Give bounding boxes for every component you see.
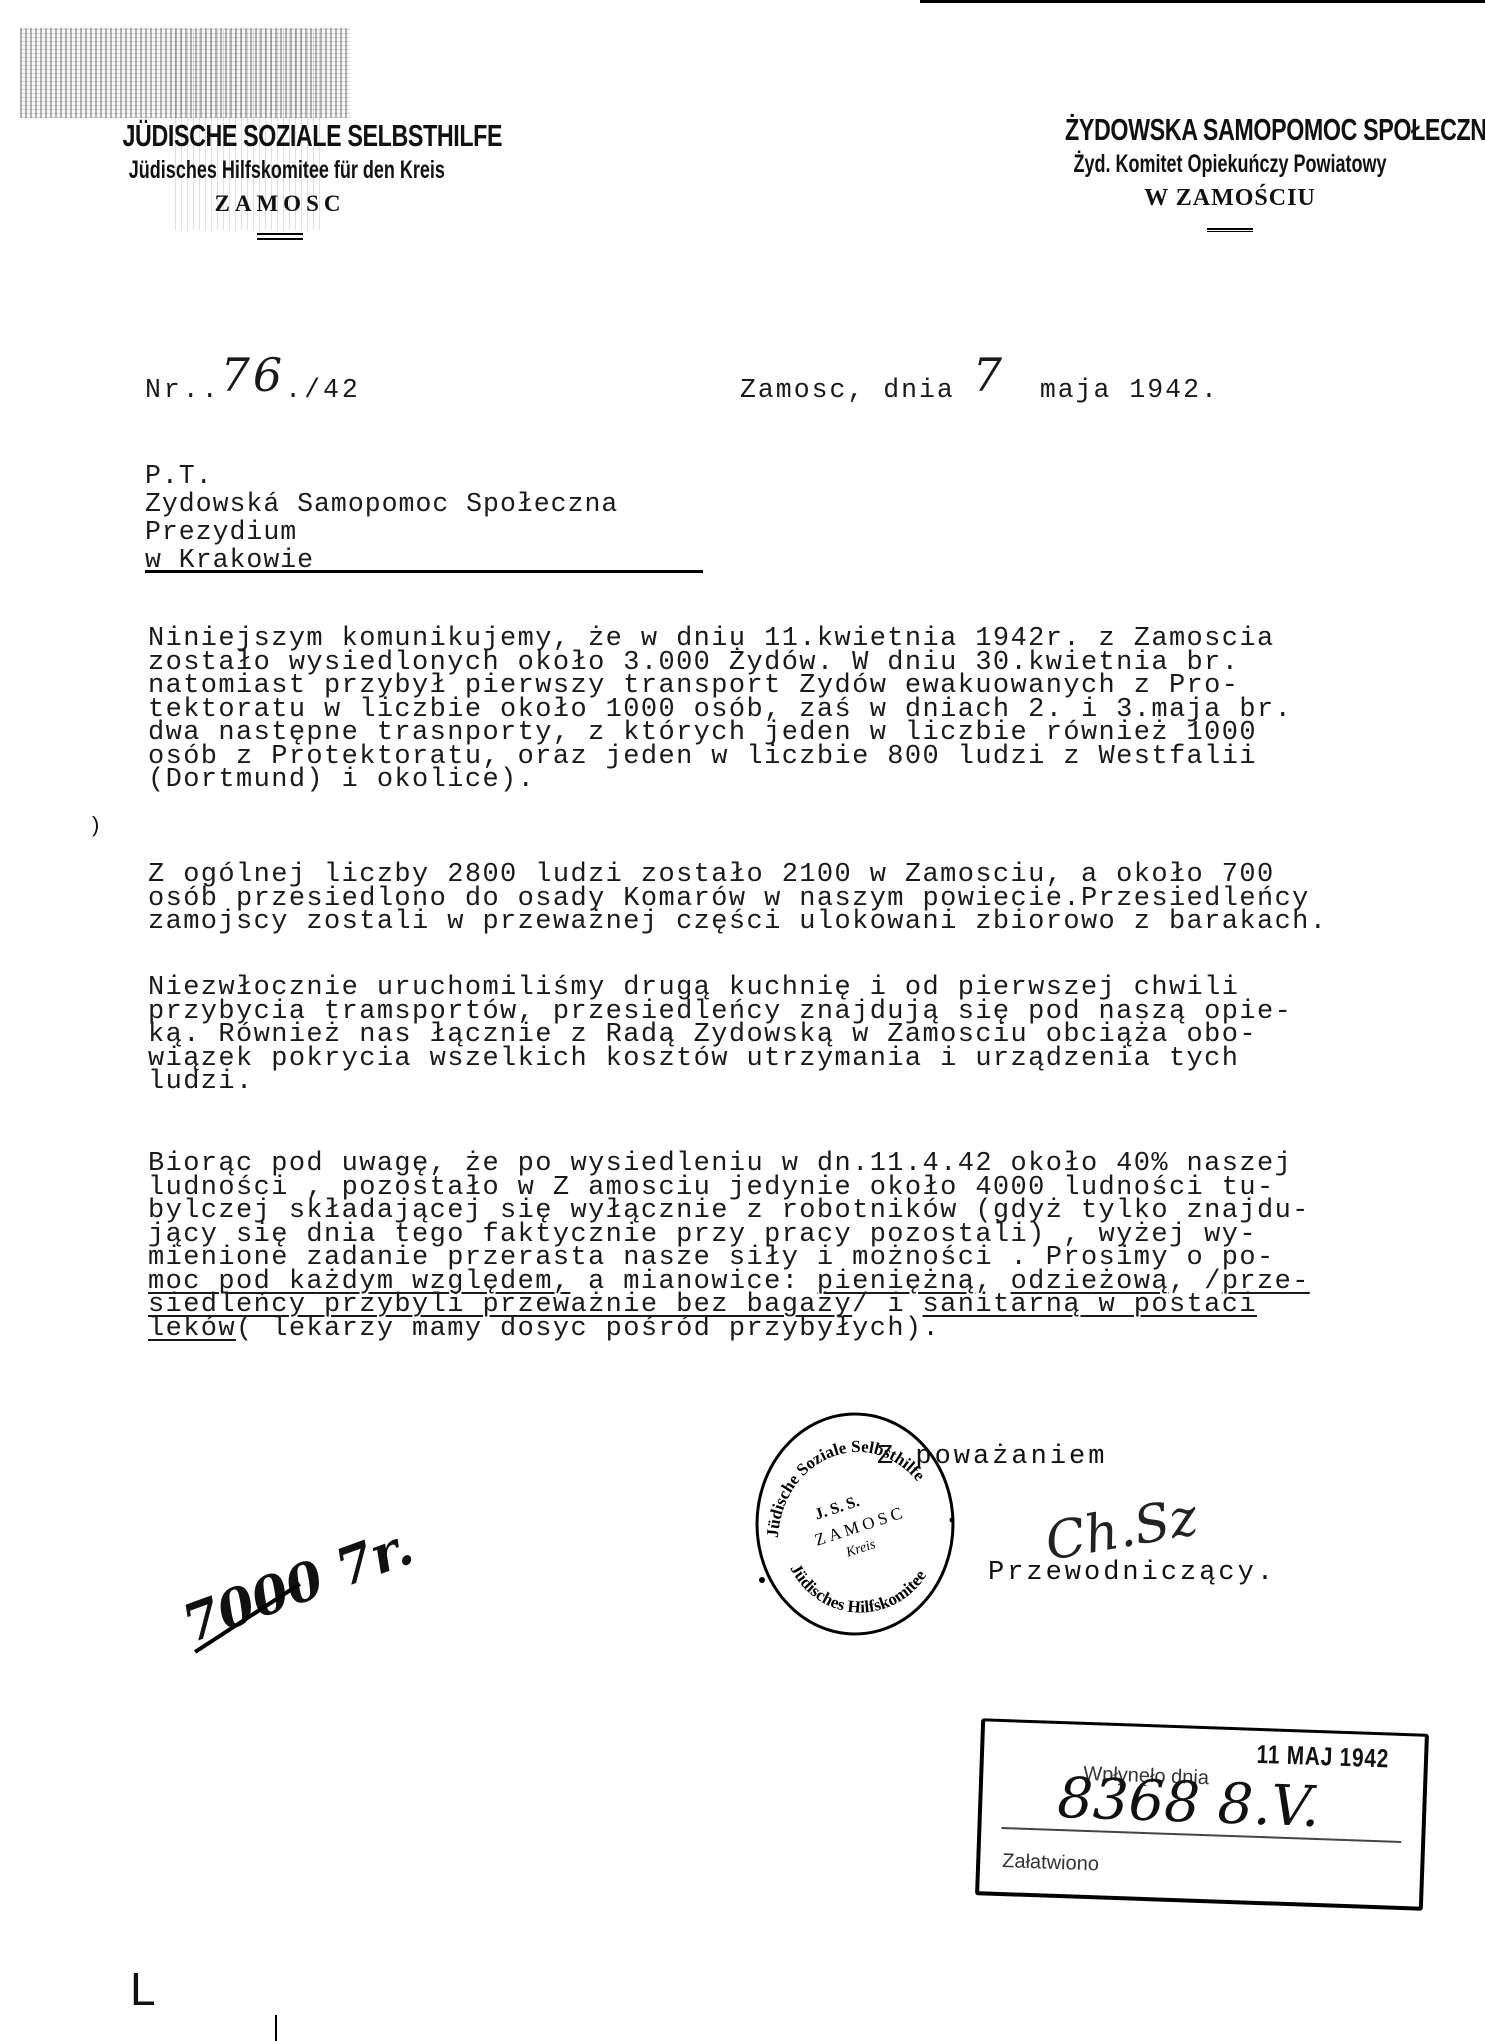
letterhead-polish-title: ŻYDOWSKA SAMOPOMOC SPOŁECZNA <box>1065 112 1395 148</box>
underlined-text: leków <box>148 1314 236 1344</box>
margin-mark: ) <box>92 812 99 838</box>
done-label: Załatwiono <box>1002 1850 1099 1876</box>
addressee-line: Prezydium <box>145 517 297 547</box>
date-rest: maja 1942. <box>1040 375 1219 405</box>
text-span: ( lekarzy mamy dosyc pośród przybyłych). <box>236 1314 940 1344</box>
reference-prefix: Nr.. <box>145 375 221 405</box>
stamp-center-3: Kreis <box>843 1537 877 1561</box>
addressee-line: P.T. <box>145 461 213 491</box>
paragraph-2: Z ogólnej liczby 2800 ludzi zostało 2100… <box>148 864 1327 935</box>
scan-edge-line <box>920 0 1485 3</box>
reference-number: Nr..76./42 <box>145 370 361 403</box>
letterhead-polish: ŻYDOWSKA SAMOPOMOC SPOŁECZNA Żyd. Komite… <box>1010 112 1450 232</box>
date-line: Zamosc, dnia 7 maja 1942. <box>740 370 1219 403</box>
margin-letter: L <box>130 1962 156 2016</box>
letterhead-german-city: ZAMOSC <box>70 191 490 217</box>
date-place: Zamosc, dnia <box>740 375 955 405</box>
receipt-date: 11 MAJ 1942 <box>1256 1739 1390 1775</box>
paragraph-4: Biorąc pod uwagę, że po wysiedleniu w dn… <box>148 1153 1310 1341</box>
letterhead-german-subtitle: Jüdisches Hilfskomitee für den Kreis <box>129 156 431 185</box>
text-line: (Dortmund) i okolice). <box>148 769 1292 793</box>
text-line: wiązek pokrycia wszelkich kosztów utrzym… <box>148 1048 1292 1072</box>
document-page: JÜDISCHE SOZIALE SELBSTHILFE Jüdisches H… <box>0 0 1485 2041</box>
paragraph-1: Niniejszym komunikujemy, że w dniu 11.kw… <box>148 628 1292 793</box>
addressee-underline <box>145 570 703 573</box>
receipt-stamp: 11 MAJ 1942 Wpłynęło dnia 8368 8.V. Zała… <box>975 1718 1429 1911</box>
letterhead-polish-subtitle: Żyd. Komitet Opiekuńczy Powiatowy <box>1072 150 1389 179</box>
rule <box>1207 228 1253 232</box>
receipt-number: 8368 8.V. <box>1056 1766 1320 1840</box>
addressee-line: Zydowská Samopomoc Społeczna <box>145 489 618 519</box>
letterhead-german-title: JÜDISCHE SOZIALE SELBSTHILFE <box>123 118 438 154</box>
letterhead-polish-city: W ZAMOŚCIU <box>1010 185 1450 212</box>
receipt-number-value: 8368 <box>1056 1766 1201 1836</box>
scan-mark <box>275 2015 277 2041</box>
double-rule <box>257 233 303 240</box>
text-line: zamojscy zostali w przeważnej części ulo… <box>148 911 1327 935</box>
text-line: leków( lekarzy mamy dosyc pośród przybył… <box>148 1318 1310 1342</box>
closing-salutation: Z poważaniem <box>877 1442 1107 1472</box>
paragraph-3: Niezwłocznie uruchomiliśmy drugą kuchnię… <box>148 977 1292 1095</box>
text-line: ludzi. <box>148 1071 1292 1095</box>
reference-suffix: ./42 <box>285 375 361 405</box>
svg-text:Jüdisches Hilfskomitee: Jüdisches Hilfskomitee <box>786 1561 930 1617</box>
handwritten-day: 7 <box>973 348 1004 402</box>
stamp-outer-bottom: Jüdisches Hilfskomitee <box>786 1561 930 1617</box>
receipt-initials: 8.V. <box>1217 1772 1321 1841</box>
addressee-block: P.T. Zydowská Samopomoc Społeczna Prezyd… <box>145 462 618 574</box>
letterhead-german: JÜDISCHE SOZIALE SELBSTHILFE Jüdisches H… <box>70 118 490 240</box>
underlined-text: sanitarną w postaci <box>923 1290 1257 1320</box>
signatory-title: Przewodniczący. <box>988 1558 1276 1588</box>
handwritten-reference: 76 <box>221 348 286 402</box>
